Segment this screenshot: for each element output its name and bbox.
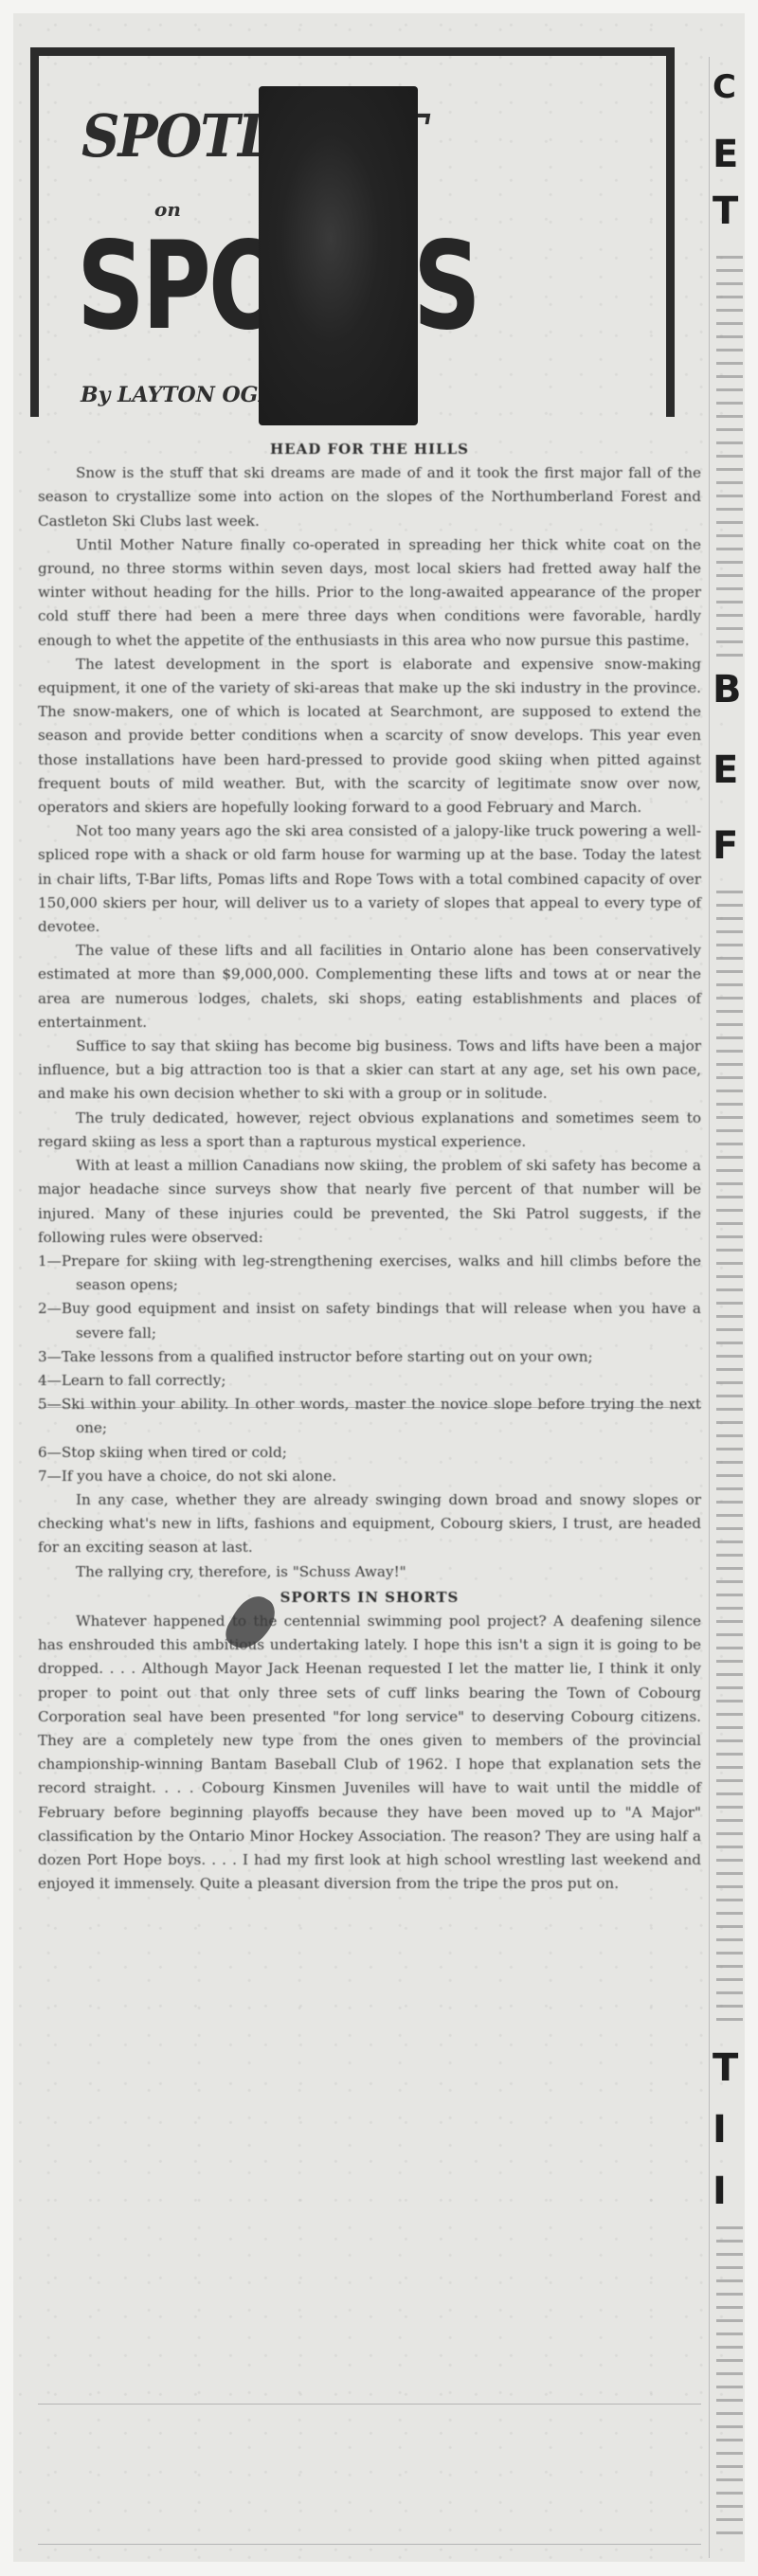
- neighbor-headline-letter: T: [713, 2046, 738, 2090]
- paragraph: Until Mother Nature finally co-operated …: [38, 533, 701, 653]
- section-1-paragraphs: Snow is the stuff that ski dreams are ma…: [38, 461, 701, 1250]
- section-heading: HEAD FOR THE HILLS: [38, 438, 701, 461]
- paragraph: The latest development in the sport is e…: [38, 653, 701, 820]
- neighbor-text-lines: [716, 256, 743, 663]
- safety-rule: 6—Stop skiing when tired or cold;: [38, 1441, 701, 1465]
- section-2-paragraphs: Whatever happened to the centennial swim…: [38, 1610, 701, 1896]
- safety-rule: 4—Learn to fall correctly;: [38, 1369, 701, 1393]
- safety-rule: 7—If you have a choice, do not ski alone…: [38, 1465, 701, 1488]
- paragraph: Whatever happened to the centennial swim…: [38, 1610, 701, 1896]
- fold-line: [38, 2404, 701, 2405]
- article-body: HEAD FOR THE HILLS Snow is the stuff tha…: [38, 438, 701, 1896]
- paragraph: The truly dedicated, however, reject obv…: [38, 1107, 701, 1154]
- paragraph: Snow is the stuff that ski dreams are ma…: [38, 461, 701, 533]
- neighbor-headline-letter: E: [713, 748, 738, 792]
- neighbor-headline-letter: F: [713, 824, 738, 868]
- paragraph: Not too many years ago the ski area cons…: [38, 820, 701, 939]
- paragraph: In any case, whether they are already sw…: [38, 1488, 701, 1560]
- paragraph: With at least a million Canadians now sk…: [38, 1154, 701, 1250]
- neighbor-text-lines: [716, 2226, 743, 2539]
- neighbor-headline-letter: T: [713, 189, 738, 233]
- neighbor-headline-letter: E: [713, 133, 738, 176]
- safety-rule: 2—Buy good equipment and insist on safet…: [38, 1297, 701, 1344]
- neighbor-headline-letter: B: [713, 668, 742, 712]
- columnist-photo: [259, 86, 418, 425]
- safety-rule: 5—Ski within your ability. In other word…: [38, 1393, 701, 1440]
- neighbor-text-lines: [716, 891, 743, 2027]
- safety-rule: 1—Prepare for skiing with leg-strengthen…: [38, 1250, 701, 1297]
- neighbor-headline-letter: C: [713, 68, 736, 106]
- column-end-rule: [38, 2544, 701, 2545]
- section-heading: SPORTS IN SHORTS: [38, 1586, 701, 1610]
- neighbor-headline-letter: I: [713, 2108, 727, 2152]
- paragraph: Suffice to say that skiing has become bi…: [38, 1035, 701, 1107]
- safety-rule: 3—Take lessons from a qualified instruct…: [38, 1345, 701, 1369]
- neighbor-headline-letter: I: [713, 2170, 727, 2213]
- paragraph: The value of these lifts and all facilit…: [38, 939, 701, 1035]
- paragraph: The rallying cry, therefore, is "Schuss …: [38, 1560, 701, 1584]
- section-1-closing: In any case, whether they are already sw…: [38, 1488, 701, 1584]
- safety-rules-list: 1—Prepare for skiing with leg-strengthen…: [38, 1250, 701, 1488]
- column-masthead: SPOTLIGHT on SPORTS By LAYTON OGDGE: [30, 47, 675, 417]
